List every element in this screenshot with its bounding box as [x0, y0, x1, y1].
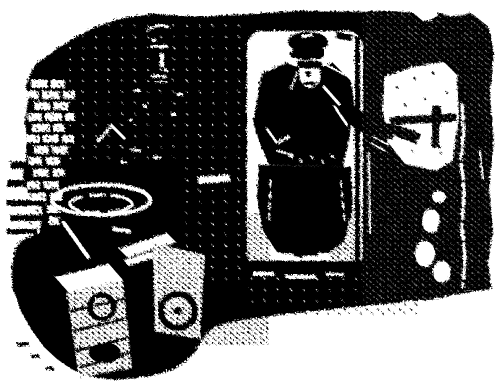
soldier-collar-highlight [150, 74, 166, 77]
soldier-cap-band-highlight [149, 44, 167, 47]
belt-fleck [310, 155, 313, 158]
floor-dash [30, 354, 39, 357]
belt-fleck [298, 158, 301, 161]
highlight-fleck [154, 80, 166, 82]
highlight-fleck [128, 118, 132, 121]
highlight-fleck [151, 38, 156, 41]
boot-highlight [283, 253, 293, 256]
highlight-fleck [152, 155, 160, 158]
belt-fleck [288, 154, 291, 157]
illustration-canvas: Officer entering the storeroom doorway [0, 0, 501, 382]
officer-mouth [302, 81, 314, 84]
crate-shadow-smudge [88, 342, 120, 362]
floor-speckle-band [162, 306, 267, 344]
room-stipple-upper [60, 12, 244, 162]
belt-fleck [330, 154, 333, 157]
threshold-highlight [285, 274, 315, 278]
boot-highlight [301, 255, 313, 258]
right-wall-stipple [362, 6, 494, 302]
officer-nose-shadow [305, 70, 310, 76]
soldier-face-highlight [159, 52, 163, 66]
boot-highlight [318, 252, 326, 255]
highlight-fleck [142, 104, 146, 107]
highlight-fleck [130, 148, 140, 151]
highlight-fleck [163, 68, 167, 71]
illustration-frame: Officer entering the storeroom doorway [0, 0, 501, 382]
highlight-fleck [176, 92, 182, 95]
officer-cap-visor [289, 49, 323, 59]
highlight-fleck [135, 88, 140, 91]
highlight-fleck [170, 112, 175, 115]
threshold-highlight [252, 271, 274, 275]
threshold-highlight [325, 272, 343, 275]
officer-eye-shadow [297, 60, 321, 68]
highlight-fleck [120, 160, 126, 163]
belt-fleck [320, 159, 323, 162]
doorway-threshold [246, 260, 364, 270]
floor-speckle-band [268, 298, 418, 314]
